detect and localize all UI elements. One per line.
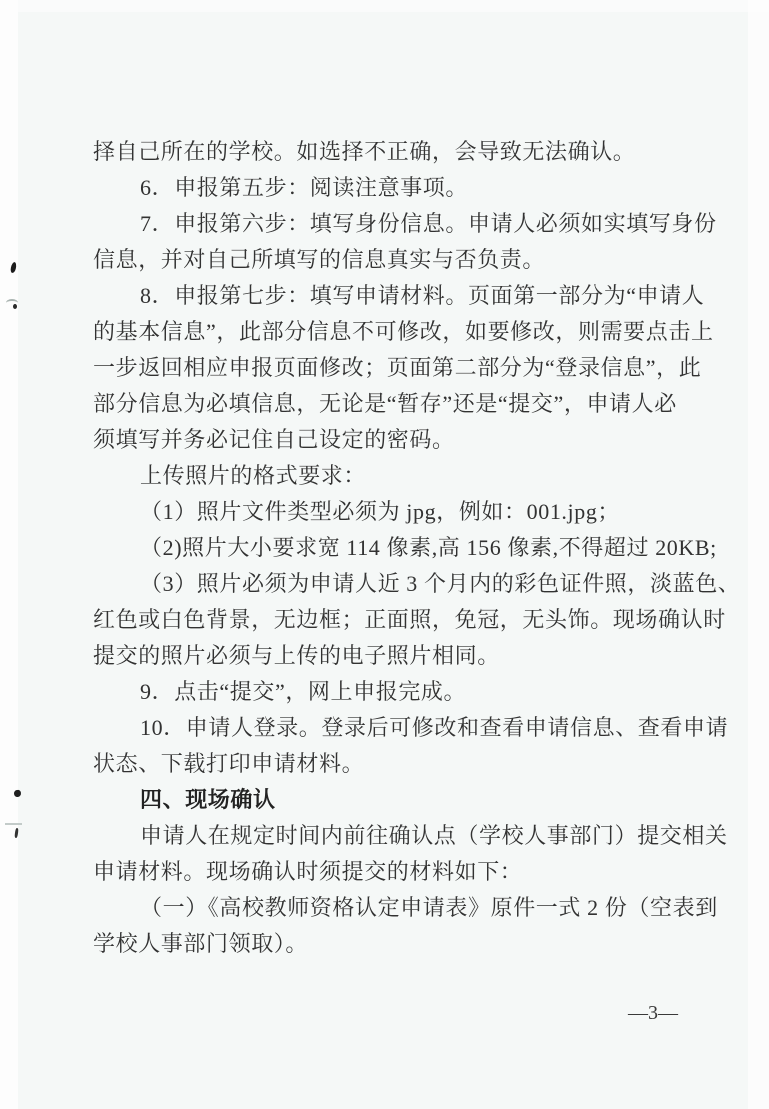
text-line: 信息，并对自己所填写的信息真实与否负责。 <box>93 242 711 278</box>
text-line: 状态、下载打印申请材料。 <box>93 746 711 782</box>
text-line: 10．申请人登录。登录后可修改和查看申请信息、查看申请 <box>93 710 711 746</box>
scan-artifact <box>5 823 22 825</box>
text-line: 一步返回相应申报页面修改；页面第二部分为“登录信息”，此 <box>93 350 711 386</box>
scan-margin-top <box>0 0 769 12</box>
document-text: 择自己所在的学校。如选择不正确，会导致无法确认。6．申报第五步：阅读注意事项。7… <box>93 134 711 962</box>
text-line: 择自己所在的学校。如选择不正确，会导致无法确认。 <box>93 134 711 170</box>
text-line: 须填写并务必记住自己设定的密码。 <box>93 422 711 458</box>
text-line: 学校人事部门领取）。 <box>93 926 711 962</box>
text-line: 提交的照片必须与上传的电子照片相同。 <box>93 638 711 674</box>
text-line: （2)照片大小要求宽 114 像素,高 156 像素,不得超过 20KB; <box>93 530 711 566</box>
text-line: 的基本信息”，此部分信息不可修改，如要修改，则需要点击上 <box>93 314 711 350</box>
text-line: （1）照片文件类型必须为 jpg，例如：001.jpg； <box>93 494 711 530</box>
text-line: 部分信息为必填信息，无论是“暂存”还是“提交”，申请人必 <box>93 386 711 422</box>
text-line: 7．申报第六步：填写身份信息。申请人必须如实填写身份 <box>93 206 711 242</box>
scan-margin-left <box>0 0 18 1109</box>
scan-artifact <box>14 828 18 838</box>
page-number: —3— <box>628 1002 678 1025</box>
text-line: 6．申报第五步：阅读注意事项。 <box>93 170 711 206</box>
scan-margin-right <box>748 0 769 1109</box>
scanned-document-page: 择自己所在的学校。如选择不正确，会导致无法确认。6．申报第五步：阅读注意事项。7… <box>0 0 769 1109</box>
scan-artifact <box>13 304 17 309</box>
text-line: 上传照片的格式要求： <box>93 458 711 494</box>
text-line: 申请人在规定时间内前往确认点（学校人事部门）提交相关 <box>93 818 711 854</box>
text-line: 红色或白色背景，无边框；正面照，免冠，无头饰。现场确认时 <box>93 602 711 638</box>
text-line: 8．申报第七步：填写申请材料。页面第一部分为“申请人 <box>93 278 711 314</box>
text-line: （一）《高校教师资格认定申请表》原件一式 2 份（空表到 <box>93 890 711 926</box>
scan-artifact <box>14 790 22 798</box>
text-line: （3）照片必须为申请人近 3 个月内的彩色证件照，淡蓝色、 <box>93 566 711 602</box>
section-heading: 四、现场确认 <box>93 782 711 818</box>
text-line: 9．点击“提交”，网上申报完成。 <box>93 674 711 710</box>
text-line: 申请材料。现场确认时须提交的材料如下： <box>93 854 711 890</box>
